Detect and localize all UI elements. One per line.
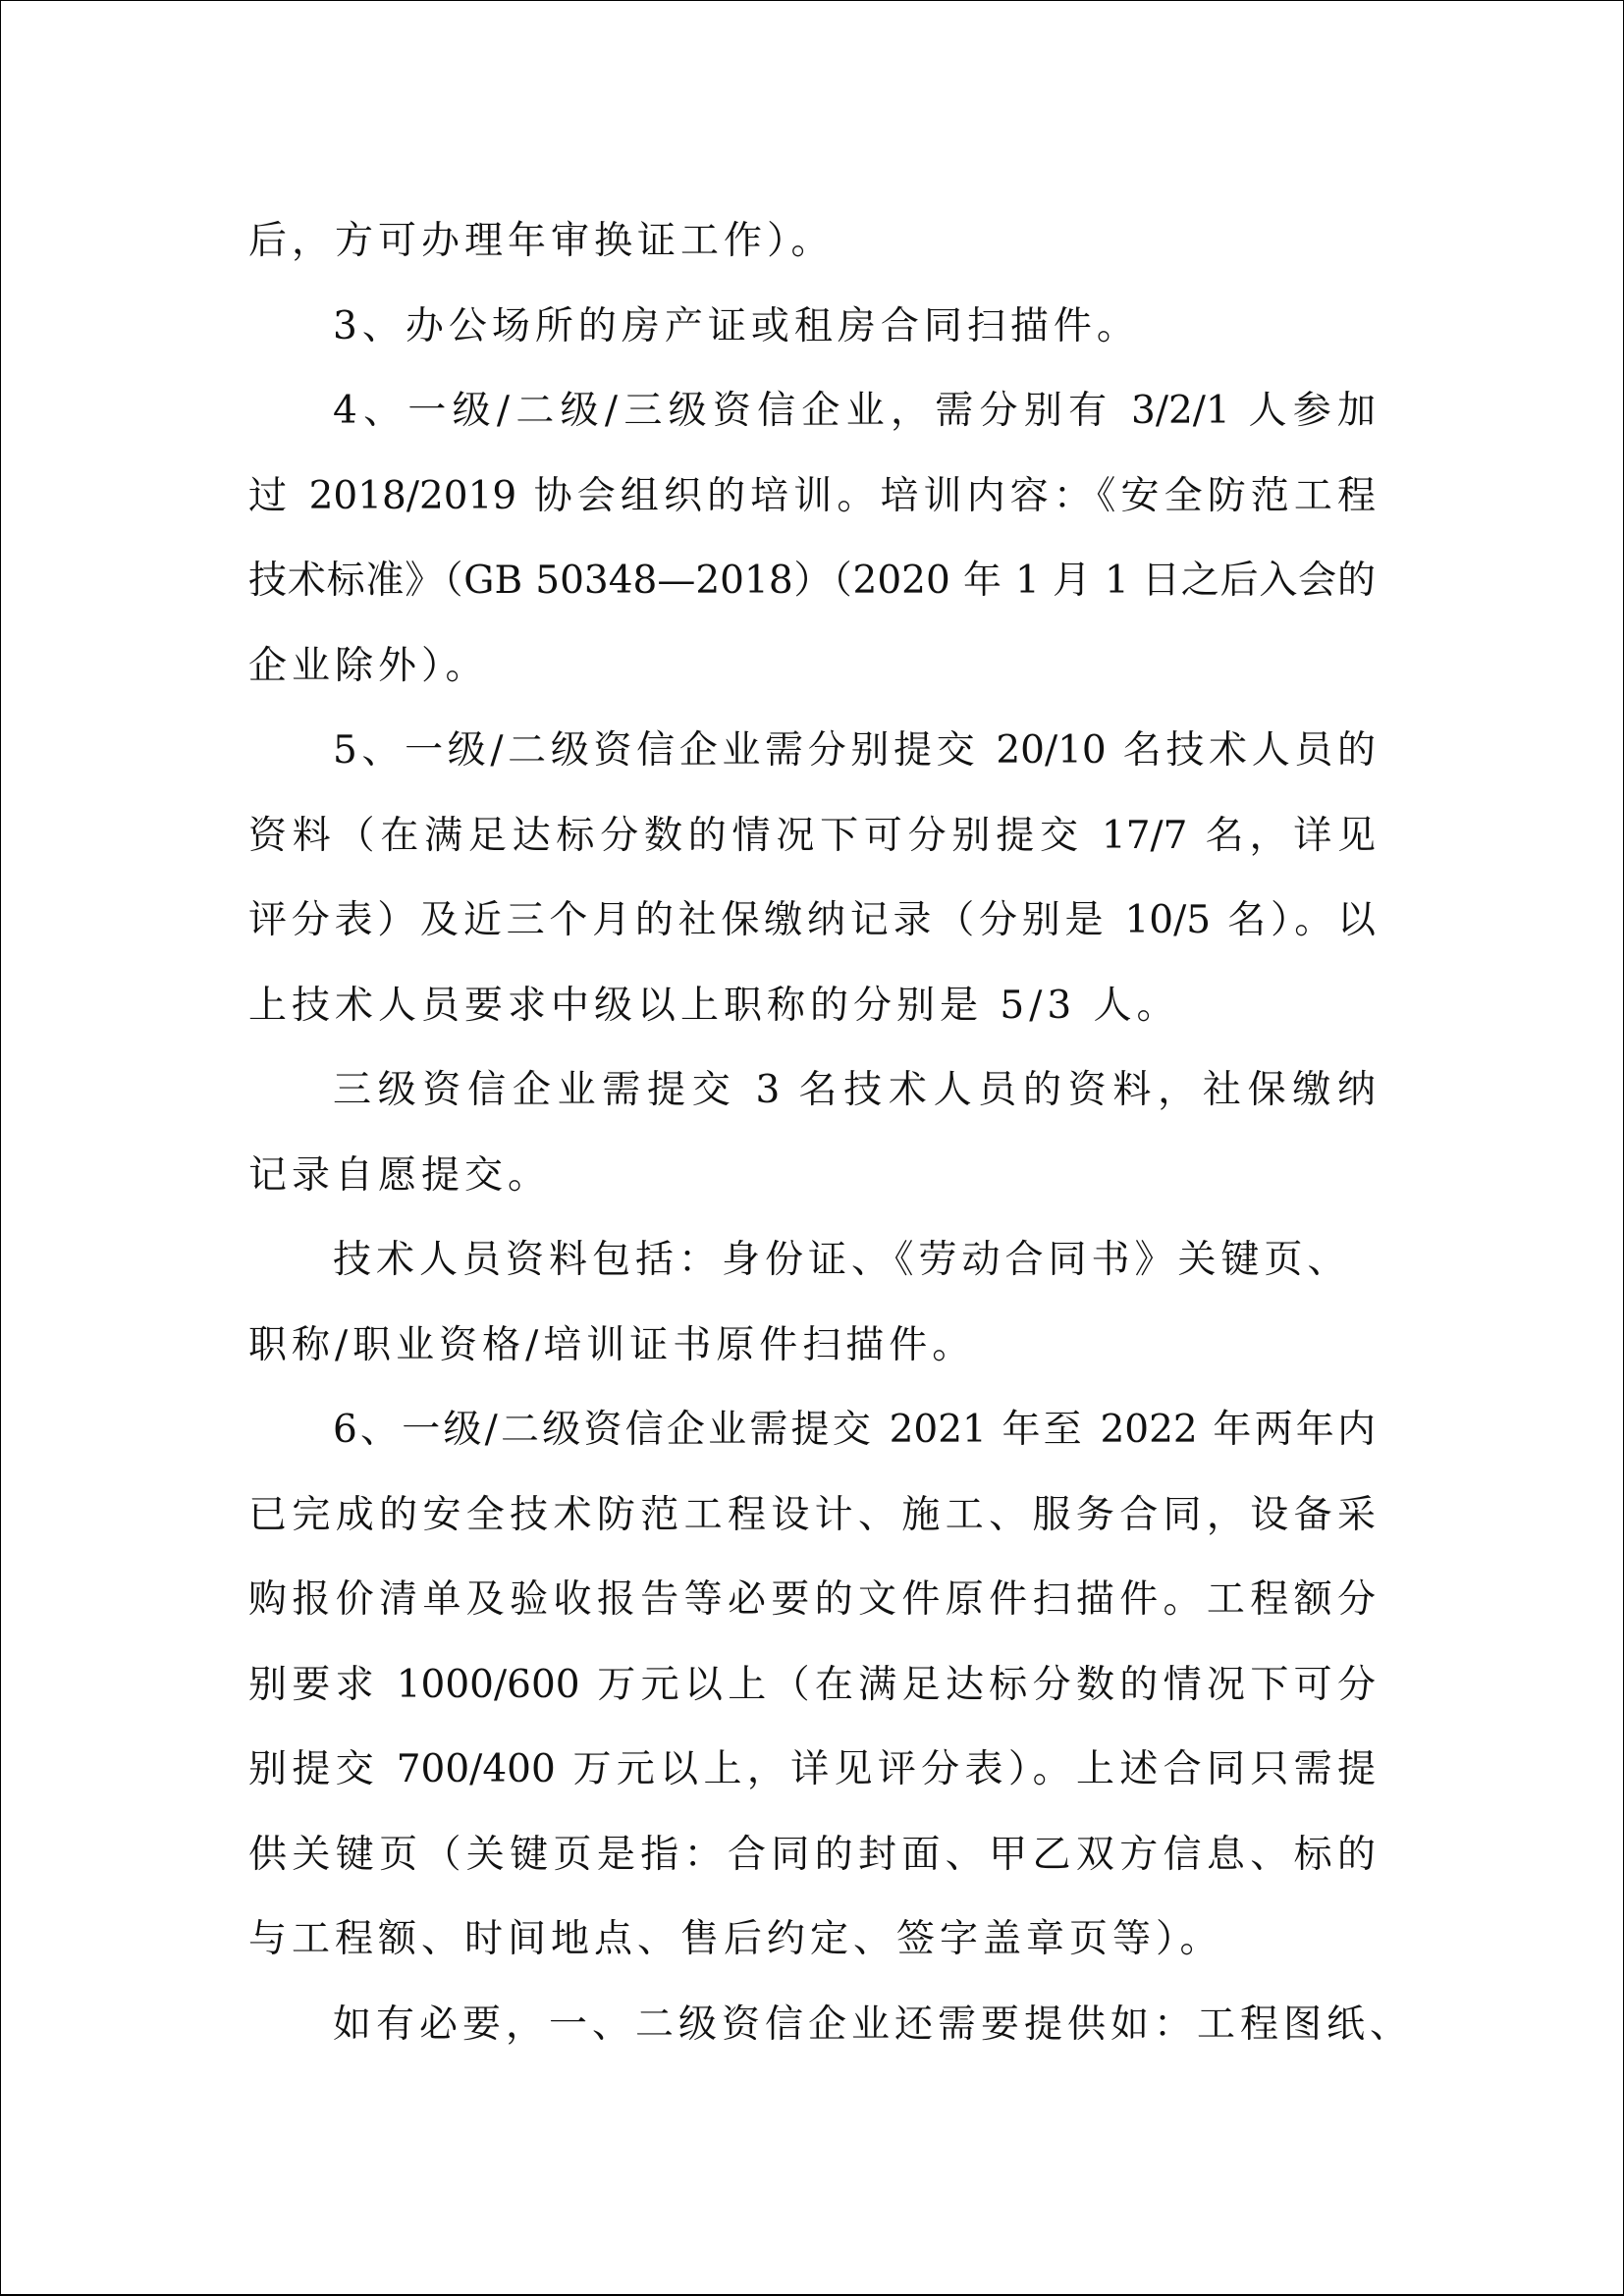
- text-line-5: 技术标准》（GB 50348—2018）（2020 年 1 月 1 日之后入会的: [248, 558, 1376, 605]
- text-line-3: 4、一级/二级/三级资信企业，需分别有 3/2/1 人参加: [333, 388, 1376, 435]
- text-line-2: 3、办公场所的房产证或租房合同扫描件。: [333, 303, 1376, 350]
- text-line-15: 6、一级/二级资信企业需提交 2021 年至 2022 年两年内: [333, 1407, 1376, 1454]
- text-line-8: 资料（在满足达标分数的情况下可分别提交 17/7 名，详见: [248, 813, 1376, 860]
- text-line-19: 别提交 700/400 万元以上，详见评分表）。上述合同只需提: [248, 1746, 1376, 1793]
- text-line-22: 如有必要，一、二级资信企业还需要提供如：工程图纸、: [333, 2002, 1376, 2049]
- text-line-6: 企业除外）。: [248, 643, 1376, 690]
- text-line-10: 上技术人员要求中级以上职称的分别是 5/3 人。: [248, 983, 1376, 1030]
- text-line-21: 与工程额、时间地点、售后约定、签字盖章页等）。: [248, 1916, 1376, 1963]
- text-line-13: 技术人员资料包括：身份证、《劳动合同书》关键页、: [333, 1237, 1376, 1284]
- text-line-1: 后，方可办理年审换证工作）。: [248, 218, 1376, 265]
- text-line-18: 别要求 1000/600 万元以上（在满足达标分数的情况下可分: [248, 1662, 1376, 1709]
- text-line-14: 职称/职业资格/培训证书原件扫描件。: [248, 1322, 1376, 1369]
- text-line-20: 供关键页（关键页是指：合同的封面、甲乙双方信息、标的: [248, 1832, 1376, 1879]
- text-line-7: 5、一级/二级资信企业需分别提交 20/10 名技术人员的: [333, 727, 1376, 774]
- text-line-17: 购报价清单及验收报告等必要的文件原件扫描件。工程额分: [248, 1576, 1376, 1624]
- text-line-16: 已完成的安全技术防范工程设计、施工、服务合同，设备采: [248, 1492, 1376, 1539]
- document-page: 后，方可办理年审换证工作）。 3、办公场所的房产证或租房合同扫描件。 4、一级/…: [0, 0, 1624, 2296]
- text-line-12: 记录自愿提交。: [248, 1152, 1376, 1200]
- text-line-4: 过 2018/2019 协会组织的培训。培训内容：《安全防范工程: [248, 473, 1376, 520]
- text-line-9: 评分表）及近三个月的社保缴纳记录（分别是 10/5 名）。以: [248, 897, 1376, 944]
- text-line-11: 三级资信企业需提交 3 名技术人员的资料，社保缴纳: [333, 1067, 1376, 1114]
